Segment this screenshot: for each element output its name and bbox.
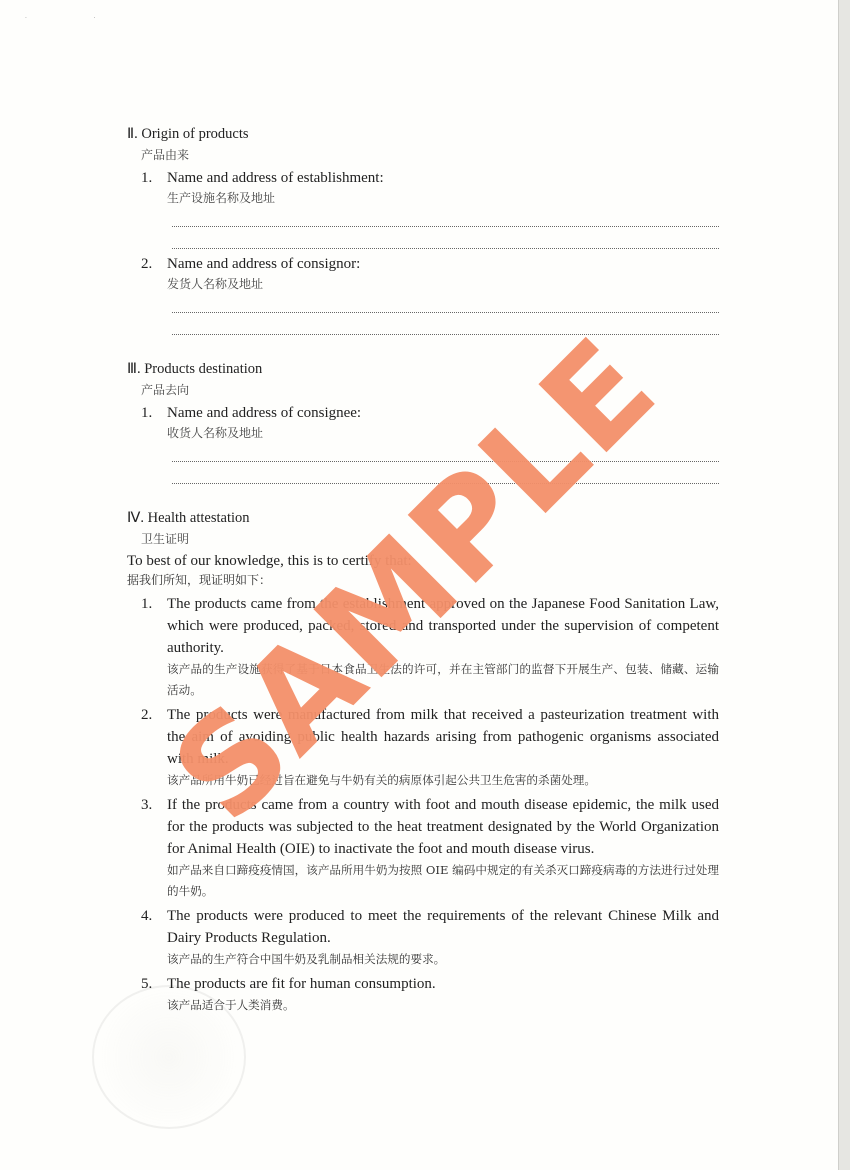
- attestation-item: 3. If the products came from a country w…: [141, 794, 719, 902]
- fill-in-line[interactable]: [172, 312, 719, 313]
- item-text: If the products came from a country with…: [167, 794, 719, 860]
- attestation-item: 2. The products were manufactured from m…: [141, 704, 719, 791]
- field-consignee: 1. Name and address of consignee: 收货人名称及…: [141, 402, 719, 484]
- attestation-item: 5. The products are fit for human consum…: [141, 973, 719, 1016]
- fill-in-line[interactable]: [172, 248, 719, 249]
- fill-in-line[interactable]: [172, 226, 719, 227]
- attestation-item: 4. The products were produced to meet th…: [141, 905, 719, 970]
- field-label-cn: 生产设施名称及地址: [167, 189, 719, 207]
- item-text: The products are fit for human consumpti…: [167, 973, 719, 995]
- section-origin-of-products: Ⅱ. Origin of products 产品由来 1. Name and a…: [127, 124, 719, 335]
- section-title: Ⅳ. Health attestation: [127, 508, 719, 528]
- section-title-cn: 卫生证明: [141, 530, 719, 548]
- certificate-content: Ⅱ. Origin of products 产品由来 1. Name and a…: [127, 124, 719, 1019]
- section-products-destination: Ⅲ. Products destination 产品去向 1. Name and…: [127, 359, 719, 484]
- fill-in-line[interactable]: [172, 483, 719, 484]
- item-text-cn: 该产品的生产符合中国牛奶及乳制品相关法规的要求。: [167, 949, 719, 970]
- section-health-attestation: Ⅳ. Health attestation 卫生证明 To best of ou…: [127, 508, 719, 1016]
- item-text-cn: 该产品适合于人类消费。: [167, 995, 719, 1016]
- item-text: The products were manufactured from milk…: [167, 704, 719, 770]
- section-title-cn: 产品由来: [141, 146, 719, 164]
- field-establishment: 1. Name and address of establishment: 生产…: [141, 167, 719, 249]
- field-label-cn: 收货人名称及地址: [167, 424, 719, 442]
- item-number: 1.: [141, 593, 167, 701]
- item-text: The products came from the establishment…: [167, 593, 719, 659]
- attestation-intro: To best of our knowledge, this is to cer…: [127, 551, 719, 571]
- item-text-cn: 该产品所用牛奶已经过旨在避免与牛奶有关的病原体引起公共卫生危害的杀菌处理。: [167, 770, 719, 791]
- item-number: 3.: [141, 794, 167, 902]
- field-label-cn: 发货人名称及地址: [167, 275, 719, 293]
- attestation-intro-cn: 据我们所知，现证明如下：: [127, 571, 719, 589]
- field-number: 1.: [141, 167, 167, 189]
- fill-in-line[interactable]: [172, 334, 719, 335]
- field-label: Name and address of consignee:: [167, 402, 361, 424]
- document-page: · · Ⅱ. Origin of products 产品由来 1. Name a…: [0, 0, 839, 1170]
- section-title: Ⅱ. Origin of products: [127, 124, 719, 144]
- item-number: 4.: [141, 905, 167, 970]
- attestation-list: 1. The products came from the establishm…: [141, 593, 719, 1016]
- section-title: Ⅲ. Products destination: [127, 359, 719, 379]
- field-label: Name and address of establishment:: [167, 167, 384, 189]
- item-number: 2.: [141, 704, 167, 791]
- field-number: 1.: [141, 402, 167, 424]
- item-text: The products were produced to meet the r…: [167, 905, 719, 949]
- item-number: 5.: [141, 973, 167, 1016]
- section-title-cn: 产品去向: [141, 381, 719, 399]
- field-consignor: 2. Name and address of consignor: 发货人名称及…: [141, 253, 719, 335]
- item-text-cn: 如产品来自口蹄疫疫情国，该产品所用牛奶为按照 OIE 编码中规定的有关杀灭口蹄疫…: [167, 860, 719, 902]
- fill-in-line[interactable]: [172, 461, 719, 462]
- attestation-item: 1. The products came from the establishm…: [141, 593, 719, 701]
- field-label: Name and address of consignor:: [167, 253, 360, 275]
- scan-specks: · ·: [25, 15, 96, 22]
- item-text-cn: 该产品的生产设施获得了基于日本食品卫生法的许可，并在主管部门的监督下开展生产、包…: [167, 659, 719, 701]
- field-number: 2.: [141, 253, 167, 275]
